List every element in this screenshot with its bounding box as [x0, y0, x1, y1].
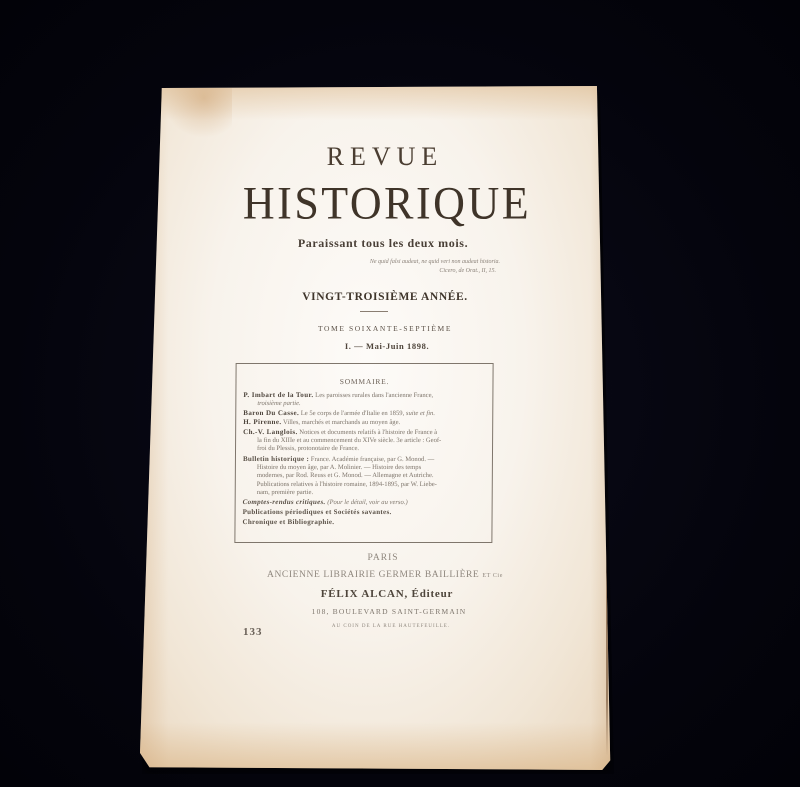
toc-text: France. Académie française, par G. Monod… [311, 456, 434, 463]
imprint-address: 108, BOULEVARD SAINT-GERMAIN [152, 607, 626, 616]
toc-entry: P. Imbart de la Tour. Les paroisses rura… [243, 391, 489, 408]
toc-continuation: la fin du XIIIe et au commencement du XI… [243, 437, 489, 445]
toc-entry: Comptes-rendus critiques. (Pour le détai… [243, 498, 489, 507]
toc-section: Chronique et Bibliographie. [242, 518, 334, 526]
imprint-librairie: ANCIENNE LIBRAIRIE GERMER BAILLIÈRE ET C… [148, 570, 622, 580]
toc-suffix: suite et fin. [406, 410, 435, 417]
toc-continuation: froi du Plessis, protonotaire de France. [243, 445, 489, 453]
epigraph-source: Cicero, de Orat., II, 15. [340, 267, 500, 276]
toc-author: Ch.-V. Langlois. [243, 428, 298, 436]
epigraph-quote: Ne quid falsi audeat, ne quid veri non a… [370, 259, 500, 265]
toc-text: (Pour le détail, voir au verso.) [327, 499, 407, 506]
paper-stain [162, 88, 232, 138]
subtitle: Paraissant tous les deux mois. [146, 236, 620, 251]
table-of-contents-box: SOMMAIRE. P. Imbart de la Tour. Les paro… [234, 363, 493, 543]
toc-continuation: Histoire du moyen âge, par A. Molinier. … [243, 464, 489, 472]
divider-rule [360, 311, 388, 312]
toc-heading: SOMMAIRE. [236, 377, 492, 386]
toc-text: Notices et documents relatifs à l'histoi… [299, 429, 437, 436]
year-label: VINGT-TROISIÈME ANNÉE. [148, 291, 622, 303]
toc-author: P. Imbart de la Tour. [243, 391, 313, 399]
toc-continuation: Publications relatives à l'histoire roma… [243, 481, 489, 489]
toc-section: Publications périodiques et Sociétés sav… [243, 508, 392, 516]
volume-label: TOME SOIXANTE-SEPTIÈME [148, 324, 622, 333]
toc-entry: Chronique et Bibliographie. [242, 518, 488, 527]
imprint-corner: AU COIN DE LA RUE HAUTEFEUILLE. [154, 624, 628, 629]
toc-entry: Publications périodiques et Sociétés sav… [243, 508, 489, 517]
toc-section: Comptes-rendus critiques. [243, 498, 326, 506]
imprint-city: PARIS [146, 553, 620, 563]
journal-cover-page: REVUE HISTORIQUE Paraissant tous les deu… [140, 86, 614, 770]
toc-text: Les paroisses rurales dans l'ancienne Fr… [315, 392, 433, 399]
toc-entry: Bulletin historique : France. Académie f… [243, 455, 489, 497]
toc-text: Le 5e corps de l'armée d'Italie en 1859, [301, 410, 404, 417]
toc-entry: Baron Du Casse. Le 5e corps de l'armée d… [243, 409, 489, 418]
toc-entry: H. Pirenne. Villes, marchés et marchands… [243, 418, 489, 427]
toc-section: Bulletin historique : [243, 455, 309, 463]
epigraph: Ne quid falsi audeat, ne quid veri non a… [340, 258, 500, 276]
issue-label: I. — Mai-Juin 1898. [150, 341, 624, 351]
librairie-name: ANCIENNE LIBRAIRIE GERMER BAILLIÈRE [267, 570, 479, 580]
toc-author: H. Pirenne. [243, 418, 281, 426]
toc-continuation: modernes, par Rod. Reuss et G. Monod. — … [243, 472, 489, 480]
toc-entry: Ch.-V. Langlois. Notices et documents re… [243, 428, 489, 454]
toc-text: Villes, marchés et marchands au moyen âg… [283, 419, 400, 426]
librairie-suffix: ET Cie [482, 573, 503, 579]
title-revue: REVUE [148, 142, 622, 172]
toc-continuation: nam, première partie. [243, 489, 489, 497]
title-historique: HISTORIQUE [150, 177, 624, 231]
page-number: 133 [243, 626, 263, 638]
toc-author: Baron Du Casse. [243, 409, 299, 417]
toc-continuation: troisième partie. [243, 400, 489, 408]
imprint-publisher: FÉLIX ALCAN, Éditeur [150, 588, 624, 600]
